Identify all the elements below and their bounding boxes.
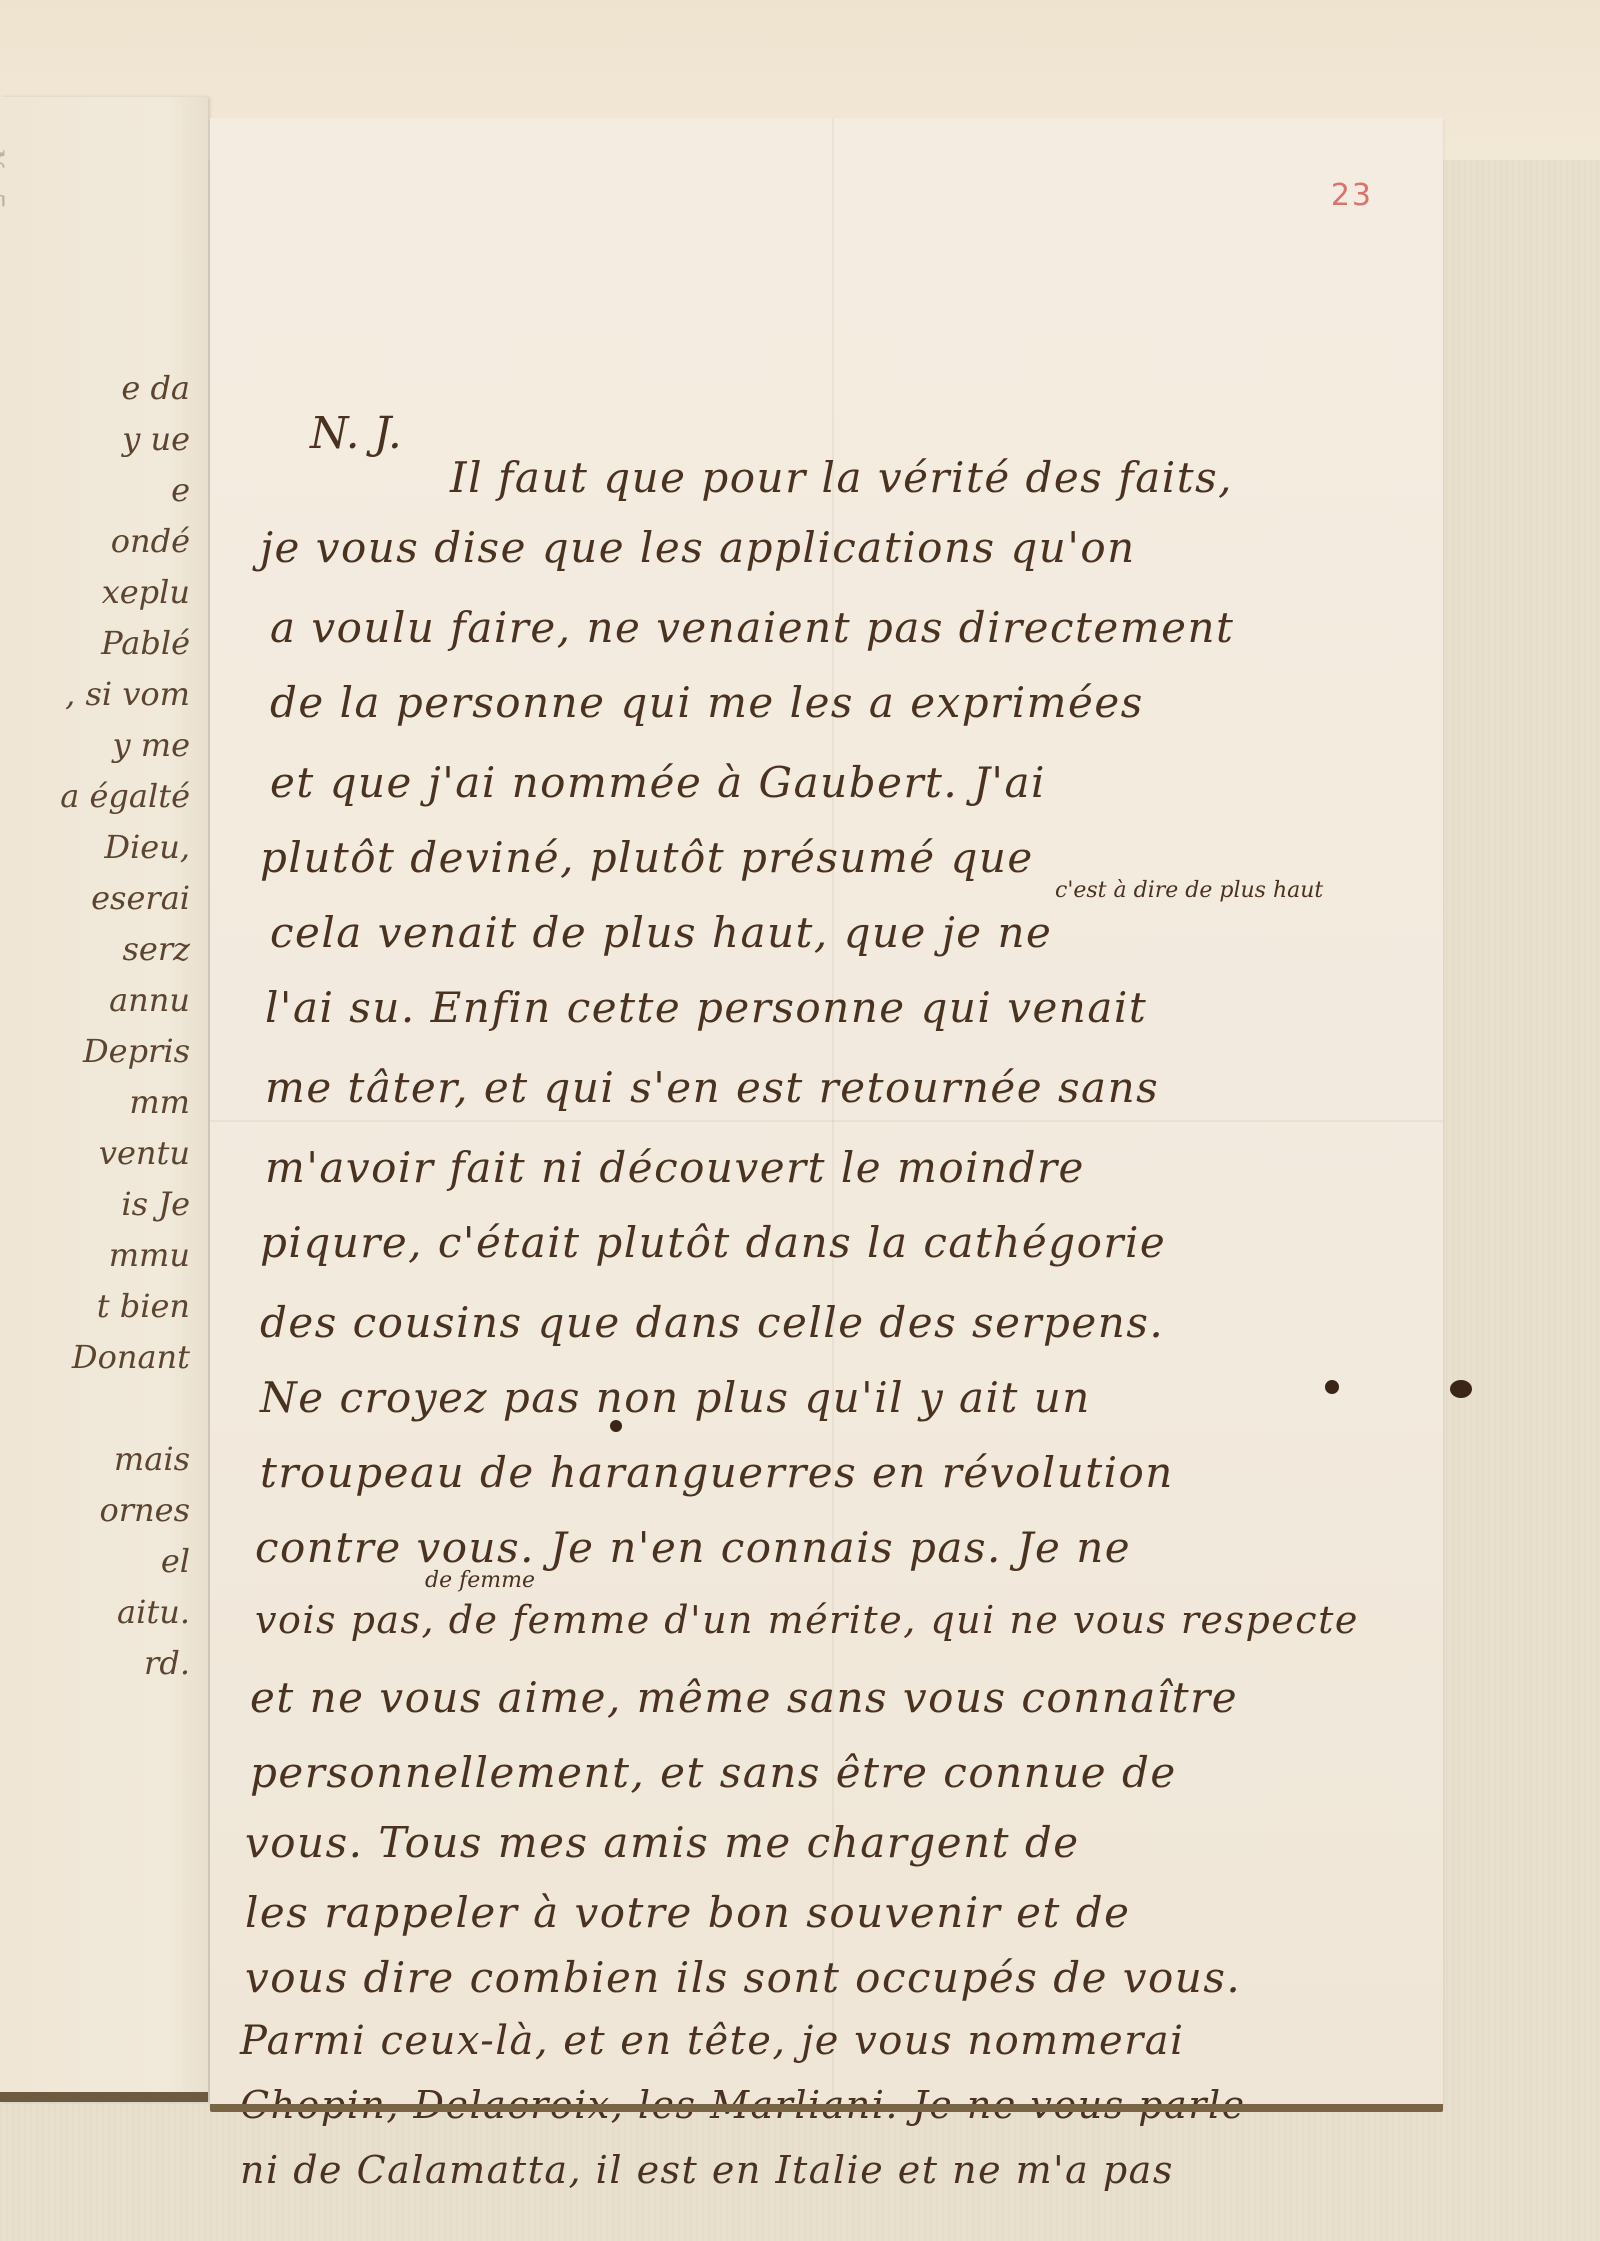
- left-line: a égalté: [0, 771, 190, 822]
- ink-blot: [610, 1420, 622, 1432]
- letter-line: Il faut que pour la vérité des faits,: [450, 453, 1233, 502]
- left-line: Dieu,: [0, 822, 190, 873]
- letter-line: Chopin, Delacroix, les Marliani. Je ne v…: [240, 2083, 1246, 2127]
- letter-line: m'avoir fait ni découvert le moindre: [265, 1143, 1085, 1192]
- left-line: , si vom: [0, 669, 190, 720]
- letter-line: plutôt deviné, plutôt présumé que: [260, 833, 1034, 882]
- letter-page: 23 N. J. Il faut que pour la vérité des …: [210, 118, 1443, 2106]
- left-line: xeplu: [0, 567, 190, 618]
- letter-line: Ne croyez pas non plus qu'il y ait un: [260, 1373, 1091, 1422]
- left-line: t bien: [0, 1281, 190, 1332]
- letter-line: de la personne qui me les a exprimées: [270, 678, 1144, 727]
- left-line: Donant: [0, 1332, 190, 1383]
- letter-line: personnellement, et sans être connue de: [250, 1748, 1177, 1797]
- letter-line: me tâter, et qui s'en est retournée sans: [265, 1063, 1159, 1112]
- left-line: y me: [0, 720, 190, 771]
- letter-line: Parmi ceux-là, et en tête, je vous nomme…: [240, 2018, 1184, 2064]
- left-line: e da: [0, 363, 190, 414]
- left-folio-mark: № 5: [0, 147, 10, 212]
- left-line: ornes: [0, 1485, 190, 1536]
- left-line: aitu.: [0, 1587, 190, 1638]
- left-line: Pablé: [0, 618, 190, 669]
- interlinear-note: de femme: [425, 1568, 535, 1593]
- letter-line: je vous dise que les applications qu'on: [260, 523, 1136, 572]
- letter-line: vois pas, de femme d'un mérite, qui ne v…: [255, 1598, 1359, 1642]
- left-line: e: [0, 465, 190, 516]
- left-line: rd.: [0, 1638, 190, 1689]
- left-facing-page: № 5 e da y ue e ondé xeplu Pablé , si vo…: [0, 97, 208, 2102]
- interlinear-note: c'est à dire de plus haut: [1055, 878, 1323, 903]
- left-line: el: [0, 1536, 190, 1587]
- left-line: is Je: [0, 1179, 190, 1230]
- left-line: ventu: [0, 1128, 190, 1179]
- letter-body: Il faut que pour la vérité des faits, je…: [210, 118, 1443, 2106]
- letter-line: des cousins que dans celle des serpens.: [260, 1298, 1164, 1347]
- letter-line: piqure, c'était plutôt dans la cathégori…: [260, 1218, 1166, 1267]
- ink-blot: [1450, 1380, 1472, 1398]
- letter-line: l'ai su. Enfin cette personne qui venait: [265, 983, 1147, 1032]
- left-line: eserai: [0, 873, 190, 924]
- left-page-line-endings: e da y ue e ondé xeplu Pablé , si vom y …: [0, 363, 190, 1689]
- left-line: Depris: [0, 1026, 190, 1077]
- left-line: mais: [0, 1434, 190, 1485]
- left-line: y ue: [0, 414, 190, 465]
- letter-line: vous. Tous mes amis me chargent de: [245, 1818, 1080, 1867]
- left-line: mm: [0, 1077, 190, 1128]
- letter-line: cela venait de plus haut, que je ne: [270, 908, 1052, 957]
- left-line: serz: [0, 924, 190, 975]
- letter-line: ni de Calamatta, il est en Italie et ne …: [240, 2148, 1174, 2192]
- letter-line: vous dire combien ils sont occupés de vo…: [245, 1953, 1241, 2002]
- letter-line: et que j'ai nommée à Gaubert. J'ai: [270, 758, 1046, 807]
- letter-line: les rappeler à votre bon souvenir et de: [245, 1888, 1131, 1937]
- left-line: annu: [0, 975, 190, 1026]
- ink-blot: [1325, 1380, 1339, 1394]
- letter-line: a voulu faire, ne venaient pas directeme…: [270, 603, 1234, 652]
- letter-line: et ne vous aime, même sans vous connaîtr…: [250, 1673, 1238, 1722]
- letter-line: contre vous. Je n'en connais pas. Je ne: [255, 1523, 1131, 1572]
- letter-line: troupeau de haranguerres en révolution: [260, 1448, 1174, 1497]
- left-line: [0, 1383, 190, 1434]
- left-line: mmu: [0, 1230, 190, 1281]
- left-line: ondé: [0, 516, 190, 567]
